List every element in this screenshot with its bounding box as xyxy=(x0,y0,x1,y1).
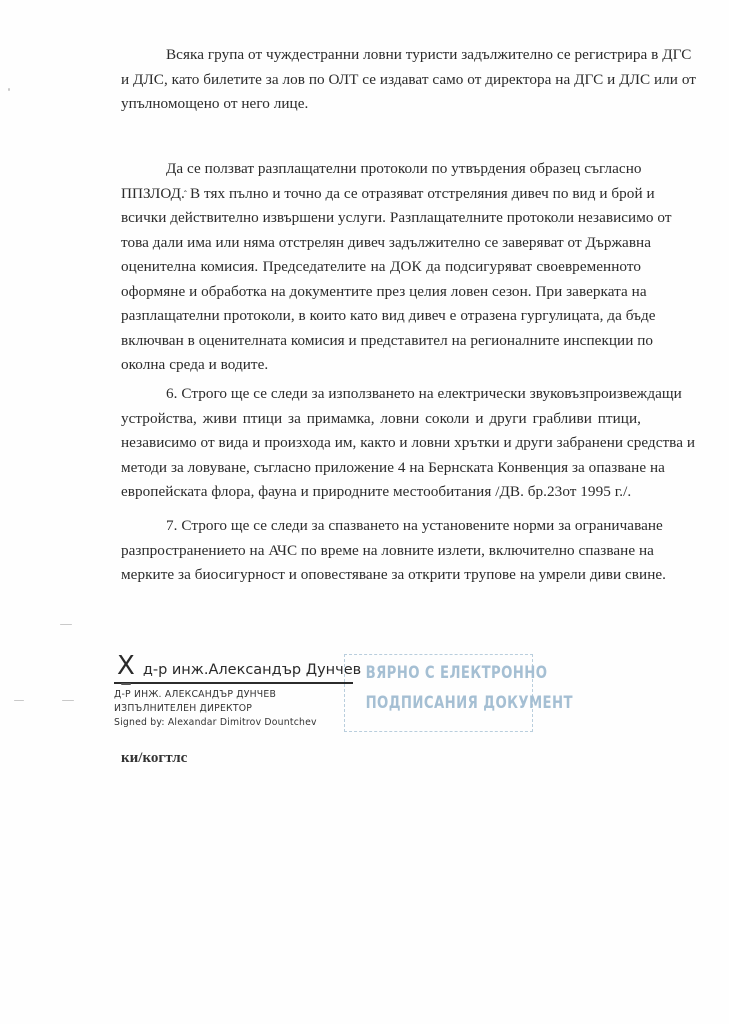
text-line: околна среда и водите. xyxy=(121,353,641,378)
reference-code: ки/когтлс xyxy=(121,750,187,767)
text-line: методи за ловуване, съгласно приложение … xyxy=(121,456,641,481)
text-line: мерките за биосигурност и оповестяване з… xyxy=(121,563,641,588)
signature-mark: X xyxy=(117,652,135,680)
signed-name: д-р инж.Александър Дунчев xyxy=(143,660,361,680)
text-line: упълномощено от него лице. xyxy=(121,92,641,117)
signer-position: ИЗПЪЛНИТЕЛЕН ДИРЕКТОР xyxy=(114,702,361,716)
text-line: това дали има или няма отстрелян дивеч з… xyxy=(121,231,641,256)
signature-block: Xд-р инж.Александър Дунчев Д-Р ИНЖ. АЛЕК… xyxy=(114,652,361,730)
text-line: оценителна комисия. Председателите на ДО… xyxy=(121,255,641,280)
scan-speck xyxy=(622,58,624,60)
text-line: разплащателни протоколи, в които като ви… xyxy=(121,304,641,329)
text-line: Да се ползват разплащателни протоколи по… xyxy=(121,157,641,182)
signed-by: Signed by: Alexandar Dimitrov Dountchev xyxy=(114,716,361,730)
scan-speck xyxy=(14,700,24,701)
text-line: включван в оценителната комисия и предст… xyxy=(121,329,641,354)
text-line: 6. Строго ще се следи за използването на… xyxy=(121,382,641,407)
signature-line xyxy=(114,682,353,684)
text-line: 7. Строго ще се следи за спазването на у… xyxy=(121,514,641,539)
paragraph-item-6: 6. Строго ще се следи за използването на… xyxy=(121,382,641,505)
text-line: оформяне и обработка на документите през… xyxy=(121,280,641,305)
scan-speck xyxy=(8,88,10,91)
text-line: устройства, живи птици за примамка, ловн… xyxy=(121,407,641,432)
scan-speck xyxy=(636,578,640,579)
paragraph-payment-protocols: Да се ползват разплащателни протоколи по… xyxy=(121,157,641,378)
text-line: всички действително извършени услуги. Ра… xyxy=(121,206,641,231)
scan-speck xyxy=(62,700,74,701)
text-segment: В тях пълно и точно да се отразяват отст… xyxy=(187,182,655,207)
printed-name: Д-Р ИНЖ. АЛЕКСАНДЪР ДУНЧЕВ xyxy=(114,688,361,702)
text-line: разпространението на АЧС по време на лов… xyxy=(121,539,641,564)
text-segment: ППЗЛОД. xyxy=(121,182,185,207)
stamp-line-2: ПОДПИСАНИЯ ДОКУМЕНТ xyxy=(366,693,512,713)
document-page: Всяка група от чуждестранни ловни турист… xyxy=(0,0,729,1024)
text-line-with-footnote: ППЗЛОД.ˆВ тях пълно и точно да се отразя… xyxy=(121,182,641,207)
electronic-signature-stamp: ВЯРНО С ЕЛЕКТРОННО ПОДПИСАНИЯ ДОКУМЕНТ xyxy=(344,654,533,732)
text-line: Всяка група от чуждестранни ловни турист… xyxy=(121,43,641,68)
text-line: независимо от вида и произхода им, както… xyxy=(121,431,641,456)
scan-speck xyxy=(60,624,72,625)
paragraph-item-7: 7. Строго ще се следи за спазването на у… xyxy=(121,514,641,588)
text-line: европейската флора, фауна и природните м… xyxy=(121,480,641,505)
scan-speck xyxy=(121,683,131,685)
stamp-line-1: ВЯРНО С ЕЛЕКТРОННО xyxy=(366,663,512,683)
text-line: и ДЛС, като билетите за лов по ОЛТ се из… xyxy=(121,68,641,93)
paragraph-foreign-hunters: Всяка група от чуждестранни ловни турист… xyxy=(121,43,641,117)
